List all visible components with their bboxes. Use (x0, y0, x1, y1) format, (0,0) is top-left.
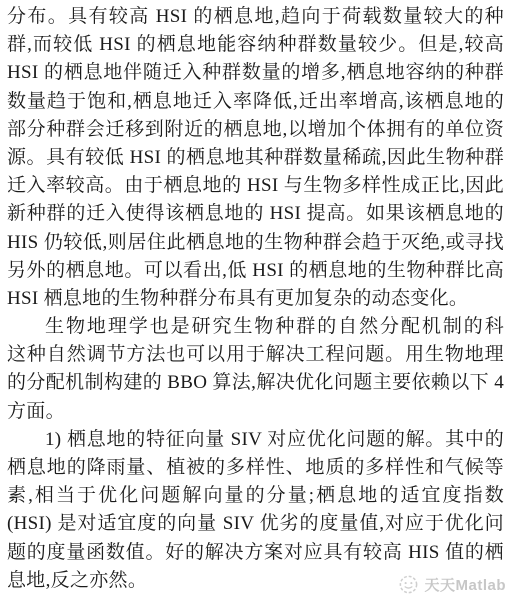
body-text: 分布。具有较高 HSI 的栖息地,趋向于荷载数量较大的种 群,而较低 HSI 的… (7, 3, 504, 595)
text-line-paragraph-start: 生物地理学也是研究生物种群的自然分配机制的科学。 (7, 313, 504, 341)
text-line: 另外的栖息地。可以看出,低 HSI 的栖息地的生物种群比高 (7, 257, 504, 285)
text-line: 群,而较低 HSI 的栖息地能容纳种群数量较少。但是,较高 (7, 31, 504, 59)
text-line: 栖息地的降雨量、植被的多样性、地质的多样性和气候等因 (7, 454, 504, 482)
text-line: HSI 栖息地的生物种群分布具有更加复杂的动态变化。 (7, 285, 504, 313)
text-line: HSI 的栖息地伴随迁入种群数量的增多,栖息地容纳的种群 (7, 59, 504, 87)
text-line: 新种群的迁入使得该栖息地的 HSI 提高。如果该栖息地的 (7, 200, 504, 228)
text-line: 方面。 (7, 398, 504, 426)
text-line: (HSI) 是对适宜度的向量 SIV 优劣的度量值,对应于优化问 (7, 510, 504, 538)
text-line: 部分种群会迁移到附近的栖息地,以增加个体拥有的单位资 (7, 116, 504, 144)
text-line: 素,相当于优化问题解向量的分量;栖息地的适宜度指数 (7, 482, 504, 510)
text-line: 源。具有较低 HSI 的栖息地其种群数量稀疏,因此生物种群 (7, 144, 504, 172)
text-line: 题的度量函数值。好的解决方案对应具有较高 HIS 值的栖 (7, 539, 504, 567)
text-line: 数量趋于饱和,栖息地迁入率降低,迁出率增高,该栖息地的 (7, 88, 504, 116)
text-line: HIS 仍较低,则居住此栖息地的生物种群会趋于灭绝,或寻找 (7, 229, 504, 257)
document-page: 分布。具有较高 HSI 的栖息地,趋向于荷载数量较大的种 群,而较低 HSI 的… (0, 0, 511, 599)
text-line: 的分配机制构建的 BBO 算法,解决优化问题主要依赖以下 4 (7, 369, 504, 397)
text-line: 这种自然调节方法也可以用于解决工程问题。用生物地理学 (7, 341, 504, 369)
watermark: 天天Matlab (398, 574, 506, 595)
watermark-text: 天天Matlab (424, 574, 506, 595)
text-line-list-item-start: 1) 栖息地的特征向量 SIV 对应优化问题的解。其中的 (7, 426, 504, 454)
text-line: 分布。具有较高 HSI 的栖息地,趋向于荷载数量较大的种 (7, 3, 504, 31)
smiley-face-icon (398, 574, 419, 595)
text-line: 迁入率较高。由于栖息地的 HSI 与生物多样性成正比,因此 (7, 172, 504, 200)
